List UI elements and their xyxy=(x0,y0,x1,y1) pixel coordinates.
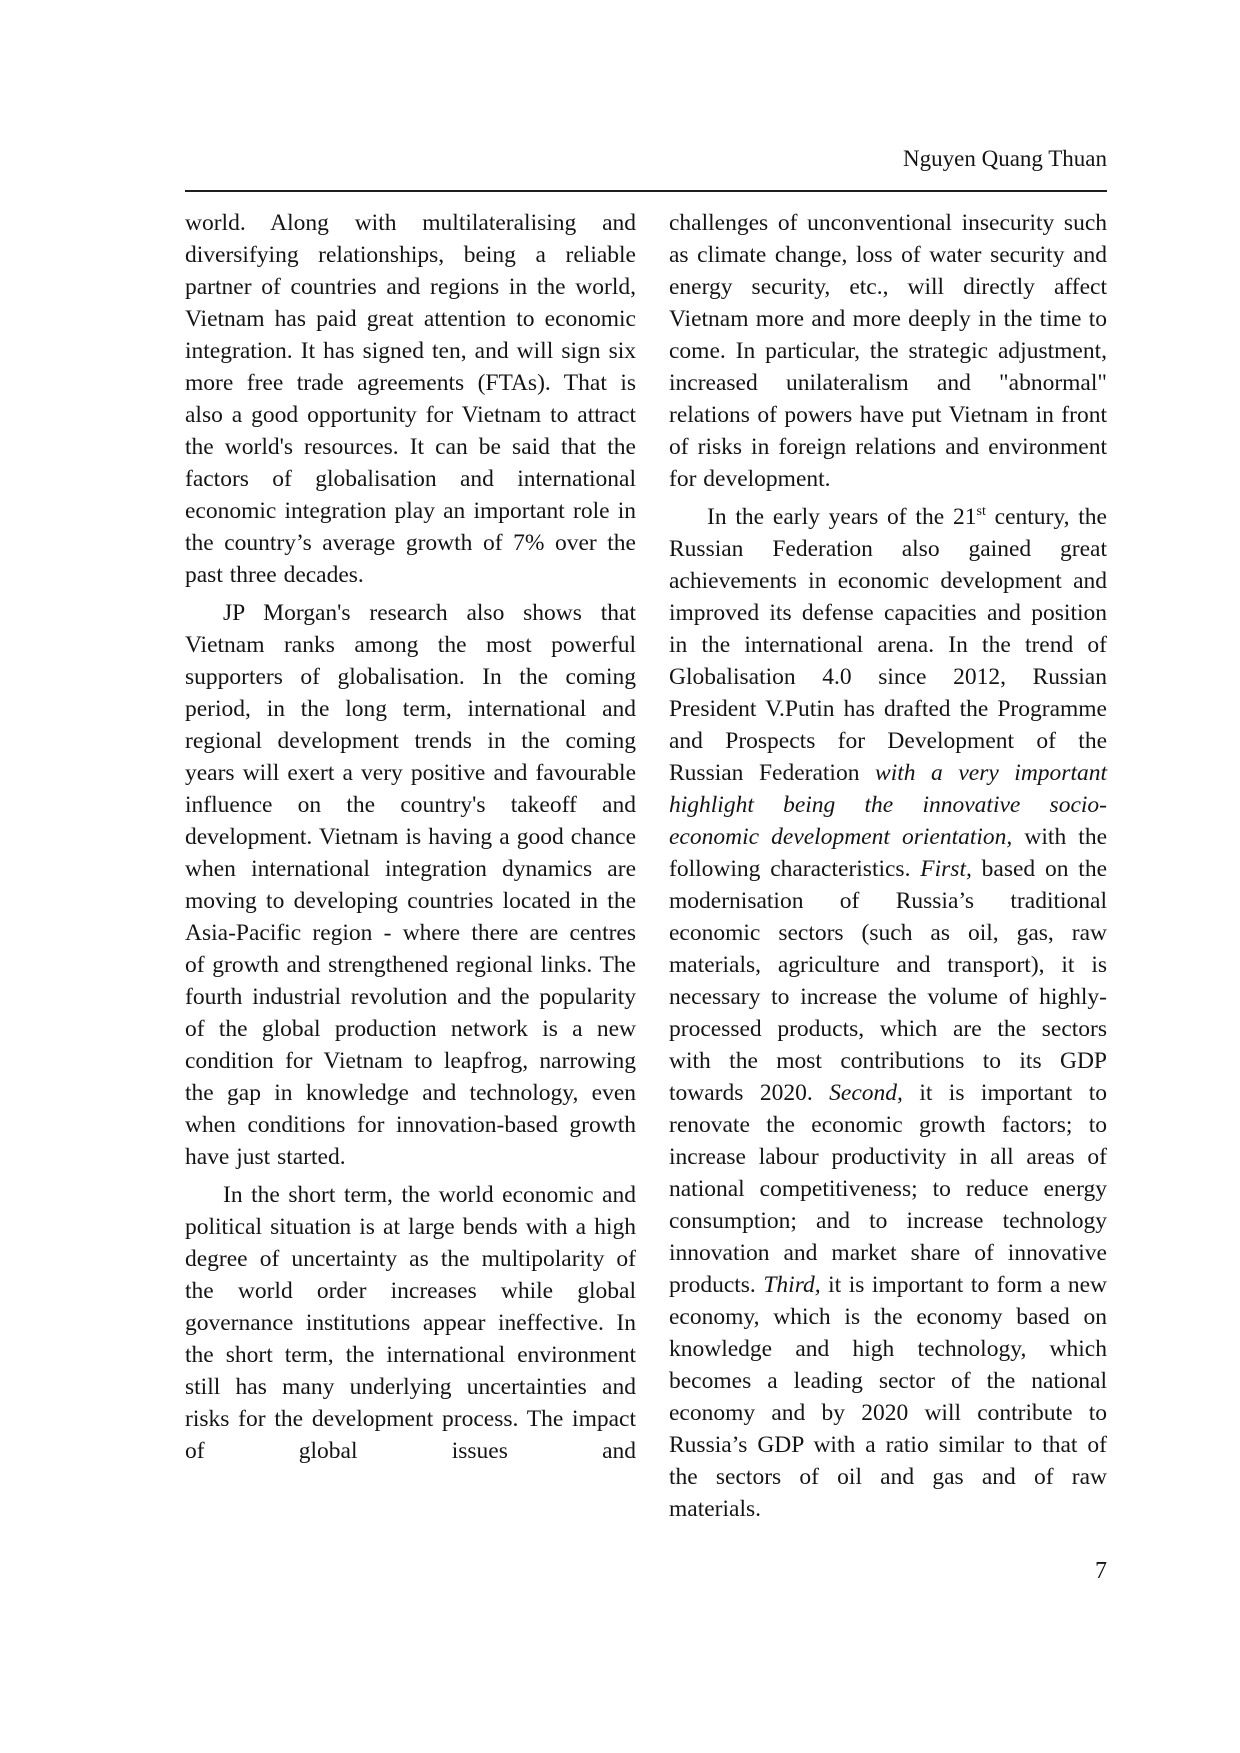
text-column-right: challenges of unconventional insecurity … xyxy=(669,207,1107,1525)
running-header: Nguyen Quang Thuan xyxy=(185,144,1107,174)
page-body: world. Along with multilateralising and … xyxy=(185,207,1107,1525)
body-text: In the early years of the 21 xyxy=(707,504,976,530)
paragraph: JP Morgan's research also shows that Vie… xyxy=(185,597,636,1173)
body-text: world. Along with multilateralising and … xyxy=(185,210,636,588)
italic-text: Second, xyxy=(829,1080,903,1106)
paragraph: In the early years of the 21st century, … xyxy=(669,501,1107,1525)
body-text: challenges of unconventional insecurity … xyxy=(669,210,1107,492)
page-number: 7 xyxy=(185,1556,1107,1586)
body-text: based on the modernisation of Russia’s t… xyxy=(669,856,1107,1106)
text-column-left: world. Along with multilateralising and … xyxy=(185,207,636,1525)
document-page: Nguyen Quang Thuan world. Along with mul… xyxy=(0,0,1240,1753)
body-text: In the short term, the world economic an… xyxy=(185,1182,636,1464)
body-text: it is important to renovate the economic… xyxy=(669,1080,1107,1298)
italic-text: First, xyxy=(920,856,972,882)
body-text: century, the Russian Federation also gai… xyxy=(669,504,1107,786)
paragraph: world. Along with multilateralising and … xyxy=(185,207,636,591)
header-rule xyxy=(185,190,1107,192)
paragraph: In the short term, the world economic an… xyxy=(185,1179,636,1467)
paragraph: challenges of unconventional insecurity … xyxy=(669,207,1107,495)
body-text: it is important to form a new economy, w… xyxy=(669,1272,1107,1522)
italic-text: Third, xyxy=(763,1272,820,1298)
running-head-author: Nguyen Quang Thuan xyxy=(903,146,1107,171)
body-text: JP Morgan's research also shows that Vie… xyxy=(185,600,636,1170)
superscript-ordinal: st xyxy=(976,503,985,519)
